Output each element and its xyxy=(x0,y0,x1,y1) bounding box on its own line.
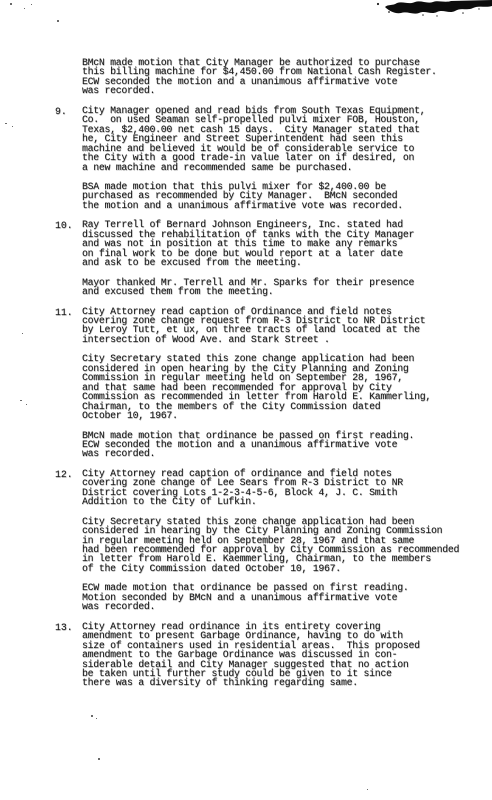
paragraph: Ray Terrell of Bernard Johnson Engineers… xyxy=(82,220,487,267)
text-line: was recorded. xyxy=(82,86,487,95)
scan-speck xyxy=(22,333,23,334)
scan-speck xyxy=(57,20,59,22)
agenda-item-number: 12. xyxy=(55,469,73,480)
minutes-block: BMcN made motion that ordinance be passe… xyxy=(82,431,487,459)
paragraph: City Manager opened and read bids from S… xyxy=(82,106,487,172)
scan-speck xyxy=(10,3,12,5)
text-line: intersection of Wood Ave. and Stark Stre… xyxy=(82,335,487,344)
minutes-block: BMcN made motion that City Manager be au… xyxy=(82,58,487,96)
minutes-block: 12. City Attorney read caption of ordina… xyxy=(82,469,487,507)
text-line: there was a diversity of thinking regard… xyxy=(82,678,487,687)
minutes-text-body: BMcN made motion that City Manager be au… xyxy=(82,58,487,698)
minutes-block: Mayor thanked Mr. Terrell and Mr. Sparks… xyxy=(82,278,487,297)
scan-speck xyxy=(367,789,368,790)
text-line: of the City Commission dated October 10,… xyxy=(82,564,487,573)
paragraph: City Attorney read caption of ordinance … xyxy=(82,469,487,507)
paragraph: BMcN made motion that City Manager be au… xyxy=(82,58,487,96)
scan-speck xyxy=(96,718,97,719)
text-line: a new machine and recommended same be pu… xyxy=(82,163,487,172)
agenda-item-number: 9. xyxy=(55,106,67,117)
paragraph: City Secretary stated this zone change a… xyxy=(82,354,487,420)
text-line: was recorded. xyxy=(82,449,487,458)
minutes-block: 10. Ray Terrell of Bernard Johnson Engin… xyxy=(82,220,487,267)
minutes-block: BSA made motion that this pulvi mixer fo… xyxy=(82,182,487,210)
paragraph: City Attorney read ordinance in its enti… xyxy=(82,622,487,688)
paragraph: Mayor thanked Mr. Terrell and Mr. Sparks… xyxy=(82,278,487,297)
scan-speck xyxy=(5,123,7,124)
scan-speck xyxy=(12,126,13,127)
scan-speck xyxy=(91,715,93,717)
scan-speck xyxy=(31,4,32,5)
agenda-item-number: 10. xyxy=(55,220,73,231)
minutes-block: 11. City Attorney read caption of Ordina… xyxy=(82,307,487,345)
text-line: Addition to the City of Lufkin. xyxy=(82,497,487,506)
minutes-block: City Secretary stated this zone change a… xyxy=(82,354,487,420)
ink-blotch-scan-artifact xyxy=(375,0,492,22)
paragraph: BMcN made motion that ordinance be passe… xyxy=(82,431,487,459)
text-line: and ask to be excused from the meeting. xyxy=(82,258,487,267)
scan-speck xyxy=(20,400,22,401)
agenda-item-number: 13. xyxy=(55,622,73,633)
scan-speck xyxy=(24,8,25,9)
scan-speck xyxy=(98,758,100,760)
text-line: and excused them from the meeting. xyxy=(82,287,487,296)
paragraph: ECW made motion that ordinance be passed… xyxy=(82,583,487,611)
minutes-block: ECW made motion that ordinance be passed… xyxy=(82,583,487,611)
minutes-block: 9. City Manager opened and read bids fro… xyxy=(82,106,487,172)
paragraph: City Secretary stated this zone change a… xyxy=(82,517,487,574)
paragraph: City Attorney read caption of Ordinance … xyxy=(82,307,487,345)
scanned-minutes-page: BMcN made motion that City Manager be au… xyxy=(0,0,492,800)
scan-speck xyxy=(26,404,27,405)
agenda-item-number: 11. xyxy=(55,307,73,318)
minutes-block: 13. City Attorney read ordinance in its … xyxy=(82,622,487,688)
text-line: October 10, 1967. xyxy=(82,411,487,420)
paragraph: BSA made motion that this pulvi mixer fo… xyxy=(82,182,487,210)
minutes-block: City Secretary stated this zone change a… xyxy=(82,517,487,574)
text-line: the motion and a unanimous affirmative v… xyxy=(82,201,487,210)
text-line: was recorded. xyxy=(82,602,487,611)
